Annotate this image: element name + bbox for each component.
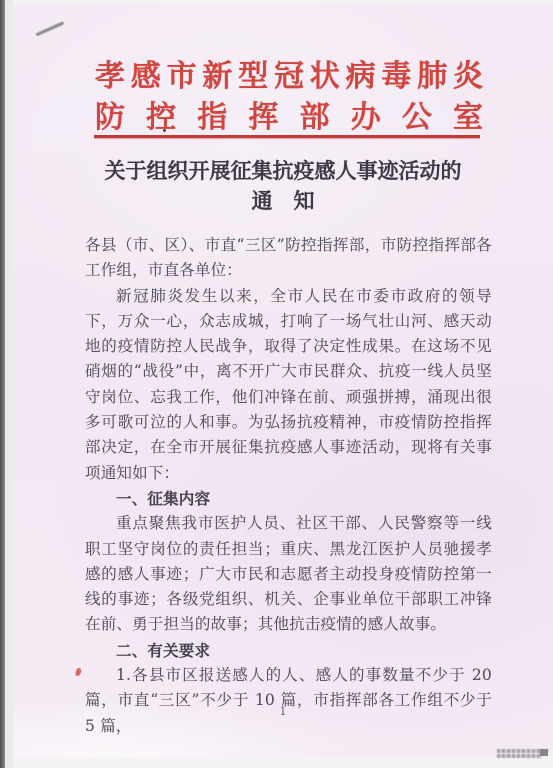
letterhead-line-2: 防控指挥部办公室 <box>95 97 483 138</box>
scanned-page: 孝感市新型冠状病毒肺炎 防控指挥部办公室 关于组织开展征集抗疫感人事迹活动的 通… <box>0 0 553 768</box>
watermark-blur-row-2 <box>497 754 542 758</box>
document-paper: 孝感市新型冠状病毒肺炎 防控指挥部办公室 关于组织开展征集抗疫感人事迹活动的 通… <box>13 4 553 757</box>
document-title-line-1: 关于组织开展征集抗疫感人事迹活动的 <box>13 156 553 186</box>
document-body: 各县（市、区）、市直“三区”防控指挥部，市防控指挥部各工作组，市直各单位： 新冠… <box>85 233 492 739</box>
section-2-paragraph: 1.各县市区报送感人的人、感人的事数量不少于 20 篇，市直“三区”不少于 10… <box>85 663 492 739</box>
section-2-heading: 二、有关要求 <box>85 638 492 663</box>
page-number: 1 <box>13 705 553 718</box>
section-1-paragraph: 重点聚焦我市医护人员、社区干部、人民警察等一线职工坚守岗位的责任担当；重庆、黑龙… <box>85 511 492 637</box>
red-separator-rule <box>94 135 480 138</box>
ink-dot-artifact <box>163 129 166 132</box>
scanner-edge-light <box>5 0 13 768</box>
document-title-line-2: 通 知 <box>13 186 553 216</box>
intro-paragraph: 新冠肺炎发生以来，全市人民在市委市政府的领导下，万众一心，众志成城，打响了一场气… <box>85 284 492 486</box>
section-1-heading: 一、征集内容 <box>85 486 492 511</box>
letterhead-line-1: 孝感市新型冠状病毒肺炎 <box>95 56 483 97</box>
salutation: 各县（市、区）、市直“三区”防控指挥部，市防控指挥部各工作组，市直各单位： <box>85 233 492 284</box>
document-title: 关于组织开展征集抗疫感人事迹活动的 通 知 <box>13 156 553 216</box>
scanner-watermark <box>497 749 548 762</box>
staple-mark <box>35 21 64 36</box>
watermark-logo-chip <box>540 749 548 756</box>
letterhead: 孝感市新型冠状病毒肺炎 防控指挥部办公室 <box>95 56 483 138</box>
red-pen-mark <box>75 668 82 677</box>
